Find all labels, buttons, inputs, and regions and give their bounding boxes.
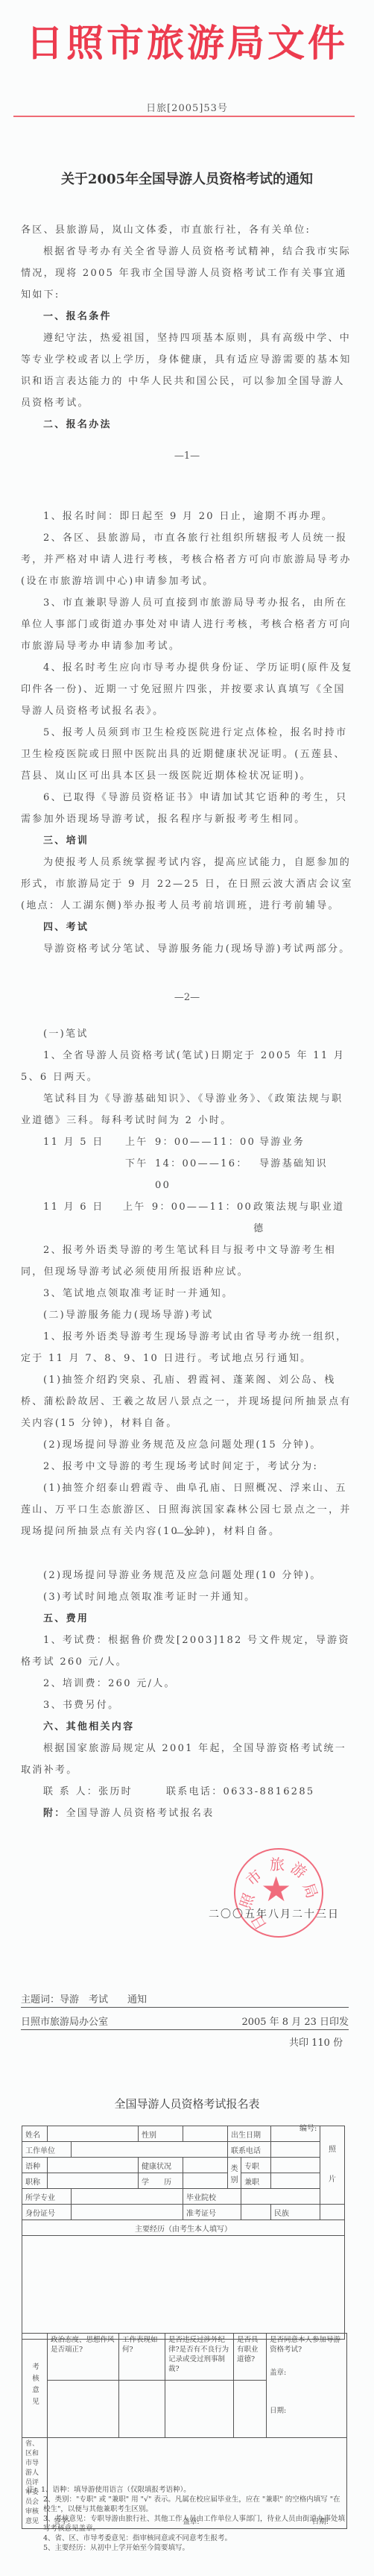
education-field[interactable] <box>183 2173 228 2189</box>
birth-field[interactable] <box>271 2126 320 2142</box>
page-number: —3— <box>0 1527 374 1539</box>
exam-schedule-row: 11 月 6 日 上午 9：00——11：00 政策法规与职业道德 <box>21 1196 353 1240</box>
document-title: 关于2005年全国导游人员资格考试的通知 <box>0 169 374 188</box>
attachment-prefix: 附： <box>43 1808 66 1819</box>
paragraph: 导游资格考试分笔试、导游服务能力(现场导游)考试两部分。 <box>21 938 353 960</box>
paragraph: 1、考试费：根据鲁价费发[2003]182 号文件规定，导游资格考试 260 元… <box>21 1630 353 1673</box>
page-4-body: (2)现场提问导游业务规范及应急问题处理(10 分钟)。 (3)考试时间地点领取… <box>21 1565 353 1824</box>
official-seal: 旅 市 游 局 照 日 ★ <box>234 1848 323 1938</box>
page-number: —2— <box>0 992 374 1003</box>
review-answer-3[interactable] <box>165 2381 234 2438</box>
paragraph: 2、各区、县旅游局，市直各旅行社组织所辖报考人员统一报考，并严格对申请人进行考核… <box>21 527 353 592</box>
note-item: 4、省、区、市导考委意见：指审核同意或不同意考生报考。 <box>27 2533 347 2543</box>
paragraph: 遵纪守法，热爱祖国，坚持四项基本原则，具有高级中学、中等专业学校或者以上学历，身… <box>21 327 353 414</box>
paragraph: 3、笔试地点领取准考证时一并通知。 <box>21 1283 353 1304</box>
note-item: 3、考核意见：专职导游由旅行社、其他工作人员由工作单位人事部门，待业人员由街道办… <box>27 2514 347 2533</box>
title-field[interactable] <box>48 2173 139 2189</box>
subsection-heading: (一)笔试 <box>21 1023 353 1045</box>
intro-paragraph: 根据省导考办有关全省导游人员资格考试精神，结合我市实际情况，现将 2005 年我… <box>21 241 353 306</box>
subsection-heading: (二)导游服务能力(现场导游)考试 <box>21 1304 353 1326</box>
experience-field[interactable] <box>22 2236 345 2340</box>
attachment-line: 附：全国导游人员资格考试报名表 <box>21 1803 353 1824</box>
paragraph: 3、书费另付。 <box>21 1694 353 1716</box>
note-item: 注：1、语种：填导游使用语言（仅限填报考语种）。 <box>27 2485 347 2495</box>
document-number: 日旅[2005]53号 <box>0 100 374 114</box>
school-field[interactable] <box>241 2189 320 2205</box>
fulltime-checkbox[interactable] <box>271 2158 320 2173</box>
paragraph: 2、报考外语类导游的考生笔试科目与报考中文导游考生相同，但现场导游考试必须使用所… <box>21 1240 353 1283</box>
paragraph: 2、培训费：260 元/人。 <box>21 1673 353 1694</box>
section-heading-1: 一、报名条件 <box>21 306 353 327</box>
photo-box[interactable]: 照片 <box>320 2126 345 2205</box>
paragraph: 4、报名时考生应向市导考办提供身份证、学历证明(原件及复印件各一份)、近期一寸免… <box>21 657 353 722</box>
paragraph: (2)现场提问导游业务规范及应急问题处理(15 分钟)。 <box>21 1434 353 1456</box>
masthead: 日照市旅游局文件 <box>0 13 374 67</box>
review-answer-1[interactable] <box>48 2381 119 2438</box>
consent-cell[interactable]: 是否同意本人参加导游资格考试? 盖章: 日期: <box>267 2334 347 2438</box>
paragraph: 为使报考人员系统掌握考试内容，提高应试能力，自愿参加的形式，市旅游局定于 9 月… <box>21 852 353 917</box>
form-title: 全国导游人员资格考试报名表 <box>0 2096 374 2111</box>
signature-date: 二〇〇五年八月二十三日 <box>209 1906 340 1921</box>
review-answer-4[interactable] <box>234 2381 267 2438</box>
ethnicity-field[interactable] <box>320 2205 345 2220</box>
review-answer-2[interactable] <box>119 2381 165 2438</box>
note-item: 2、类别："专职" 或 "兼职" 用 "√" 表示。凡属在校应届毕业生，应在 "… <box>27 2495 347 2514</box>
exam-schedule-row: 11 月 5 日 上午 9：00——11：00 导游业务 <box>21 1131 353 1153</box>
paragraph: 1、全省导游人员资格考试(笔试)日期定于 2005 年 11 月 5、6 日两天… <box>21 1045 353 1088</box>
review-side-label: 考核意见 <box>22 2334 48 2438</box>
language-field[interactable] <box>48 2158 139 2173</box>
section-heading-6: 六、其他相关内容 <box>21 1716 353 1738</box>
page-1-body: 各区、县旅游局，岚山文体委，市直旅行社，各有关单位: 根据省导考办有关全省导游人… <box>21 219 353 436</box>
keywords-line: 主题词：导游 考试 通知 <box>21 1991 349 2008</box>
page-3-body: (一)笔试 1、全省导游人员资格考试(笔试)日期定于 2005 年 11 月 5… <box>21 1023 353 1542</box>
note-item: 5、主要经历：从初中上学开始至今简要填写。 <box>27 2543 347 2553</box>
attachment-link[interactable]: 全国导游人员资格考试报名表 <box>66 1808 215 1819</box>
paragraph: 6、已取得《导游员资格证书》申请加试其它语种的考生，只需参加外语现场导游考试，报… <box>21 787 353 830</box>
issue-date: 2005 年 8 月 23 日印发 <box>241 2014 349 2028</box>
paragraph: 根据国家旅游局规定从 2001 年起，全国导游资格考试统一取消补考。 <box>21 1738 353 1781</box>
registration-form: 姓名 性别 出生日期 照片 工作单位 联系电话 语种 健康状况 类别 专职 职称… <box>22 2126 345 2340</box>
keywords: 主题词：导游 考试 通知 <box>21 1991 147 2005</box>
contact-person: 联 系 人：张历时 <box>43 1781 166 1803</box>
issuer-line: 日照市旅游局办公室 2005 年 8 月 23 日印发 <box>21 2014 349 2030</box>
paragraph: 5、报考人员须到市卫生检疫医院进行定点体检，报名时持市卫生检疫医院或日照中医院出… <box>21 722 353 787</box>
issuer: 日照市旅游局办公室 <box>21 2014 108 2028</box>
contact-phone: 联系电话：0633-8816285 <box>166 1781 314 1803</box>
print-count: 共印 110 份 <box>289 2035 343 2049</box>
health-field[interactable] <box>183 2158 228 2173</box>
work-unit-field[interactable] <box>72 2142 228 2158</box>
paragraph: 1、报考外语类导游考生现场导游考试由省导考办统一组织，定于 11 月 7、8、9… <box>21 1326 353 1369</box>
experience-header: 主要经历（由考生本人填写） <box>22 2220 345 2236</box>
paragraph: 1、报名时间：即日起至 9 月 20 日止，逾期不再办理。 <box>21 506 353 527</box>
salutation: 各区、县旅游局，岚山文体委，市直旅行社，各有关单位: <box>21 219 353 241</box>
paragraph: 笔试科目为《导游基础知识》、《导游业务》、《政策法规与职业道德》三科。每科考试时… <box>21 1088 353 1131</box>
paragraph: (2)现场提问导游业务规范及应急问题处理(10 分钟)。 <box>21 1565 353 1586</box>
paragraph: (1)抽签介绍趵突泉、孔庙、碧霞祠、蓬莱阁、刘公岛、栈桥、蒲松龄故居、王羲之故居… <box>21 1369 353 1434</box>
exam-schedule-row: 下午 14：00——16：00 导游基础知识 <box>21 1153 353 1196</box>
page-number: —1— <box>0 450 374 462</box>
parttime-checkbox[interactable] <box>271 2173 320 2189</box>
id-number-field[interactable] <box>72 2205 183 2220</box>
major-field[interactable] <box>72 2189 183 2205</box>
admission-number-field[interactable] <box>241 2205 271 2220</box>
section-heading-2: 二、报名办法 <box>21 414 353 436</box>
paragraph: 3、市直兼职导游人员可直接到市旅游局导考办报名，由所在单位人事部门或街道办事处对… <box>21 592 353 657</box>
section-heading-3: 三、培训 <box>21 830 353 852</box>
paragraph: (3)考试时间地点领取准考证时一并通知。 <box>21 1586 353 1608</box>
star-icon: ★ <box>261 1872 291 1906</box>
section-heading-5: 五、费用 <box>21 1608 353 1630</box>
section-heading-4: 四、考试 <box>21 917 353 938</box>
page-2-body: 1、报名时间：即日起至 9 月 20 日止，逾期不再办理。 2、各区、县旅游局，… <box>21 506 353 960</box>
gender-field[interactable] <box>183 2126 228 2142</box>
red-divider <box>13 116 355 117</box>
form-notes: 注：1、语种：填导游使用语言（仅限填报考语种）。 2、类别："专职" 或 "兼职… <box>27 2485 347 2553</box>
phone-field[interactable] <box>271 2142 320 2158</box>
paragraph: 2、报考中文导游的考生现场考试时间定于，考试分为: <box>21 1456 353 1477</box>
contact-line: 联 系 人：张历时 联系电话：0633-8816285 <box>21 1781 353 1803</box>
name-field[interactable] <box>48 2126 139 2142</box>
